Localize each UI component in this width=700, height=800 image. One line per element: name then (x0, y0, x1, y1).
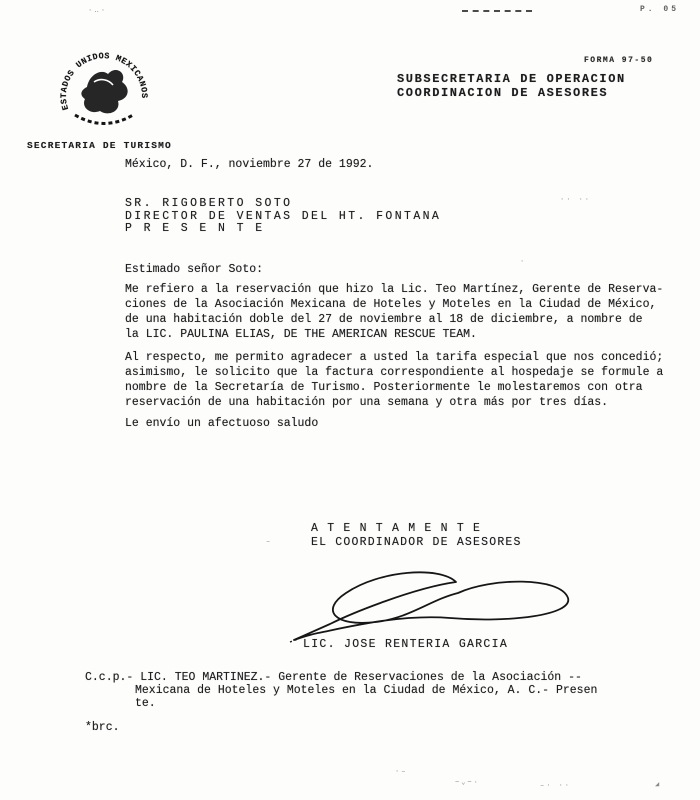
paragraph-2-line: Al respecto, me permito agradecer a uste… (125, 350, 663, 365)
atentamente-line: A T E N T A M E N T E (311, 522, 522, 536)
paragraph-2-line: reservación de una habitación por una se… (125, 395, 663, 410)
scan-smudge-bottom: –· ·· (540, 782, 571, 790)
office-line-2: COORDINACION DE ASESORES (397, 86, 626, 100)
coordinator-title: EL COORDINADOR DE ASESORES (311, 536, 522, 550)
paragraph-1: Me refiero a la reservación que hizo la … (125, 282, 663, 342)
paragraph-1-line: de una habitación doble del 27 de noviem… (125, 312, 663, 327)
coat-of-arms-seal: ESTADOS UNIDOS MEXICANOS (56, 48, 152, 144)
cc-line: Mexicana de Hoteles y Moteles en la Ciud… (85, 684, 597, 697)
eagle-emblem (81, 70, 127, 113)
scan-smudge-bottom: ~⌄~· (455, 778, 480, 787)
form-code: FORMA 97-50 (584, 56, 653, 65)
office-header: SUBSECRETARIA DE OPERACION COORDINACION … (397, 72, 626, 100)
scan-speck: ·· ·· (560, 196, 591, 204)
scanned-letter-page: ·‥· P. 05 FORMA 97-50 SUBSECRETARIA DE O… (0, 0, 700, 800)
paragraph-1-line: ciones de la Asociación Mexicana de Hote… (125, 297, 663, 312)
date-line: México, D. F., noviembre 27 de 1992. (125, 158, 373, 171)
wreath-arc (75, 115, 133, 124)
paragraph-1-line: Me refiero a la reservación que hizo la … (125, 282, 663, 297)
paragraph-2-line: asimismo, le solicito que la factura cor… (125, 365, 663, 380)
paragraph-1-line: la LIC. PAULINA ELIAS, DE THE AMERICAN R… (125, 327, 663, 342)
scan-smudge-bottom: ◢ (655, 780, 661, 789)
cc-block: C.c.p.- LIC. TEO MARTINEZ.- Gerente de R… (85, 671, 597, 710)
signer-name: LIC. JOSE RENTERIA GARCIA (303, 638, 508, 651)
signature (288, 560, 578, 648)
fax-page-code: P. 05 (640, 5, 679, 14)
recipient-block: SR. RIGOBERTO SOTO DIRECTOR DE VENTAS DE… (125, 198, 441, 236)
scan-smudge-top-left: ·‥· (88, 6, 107, 15)
scan-speck: · (520, 258, 526, 266)
signoff-block: A T E N T A M E N T E EL COORDINADOR DE … (311, 522, 522, 550)
typist-initials: *brc. (85, 721, 120, 734)
scan-dash-mark (462, 10, 532, 12)
paragraph-2-line: nombre de la Secretaría de Turismo. Post… (125, 380, 663, 395)
recipient-name: SR. RIGOBERTO SOTO (125, 198, 441, 211)
closing-line: Le envío un afectuoso saludo (125, 417, 318, 430)
cc-line: C.c.p.- LIC. TEO MARTINEZ.- Gerente de R… (85, 671, 597, 684)
office-line-1: SUBSECRETARIA DE OPERACION (397, 72, 626, 86)
paragraph-2: Al respecto, me permito agradecer a uste… (125, 350, 663, 410)
recipient-presente: P R E S E N T E (125, 223, 441, 236)
cc-line: te. (85, 697, 597, 710)
scan-smudge-bottom: ·– (395, 768, 407, 776)
salutation: Estimado señor Soto: (125, 263, 263, 276)
agency-name: SECRETARIA DE TURISMO (27, 140, 172, 151)
scan-dash-artifact: – (266, 538, 272, 546)
